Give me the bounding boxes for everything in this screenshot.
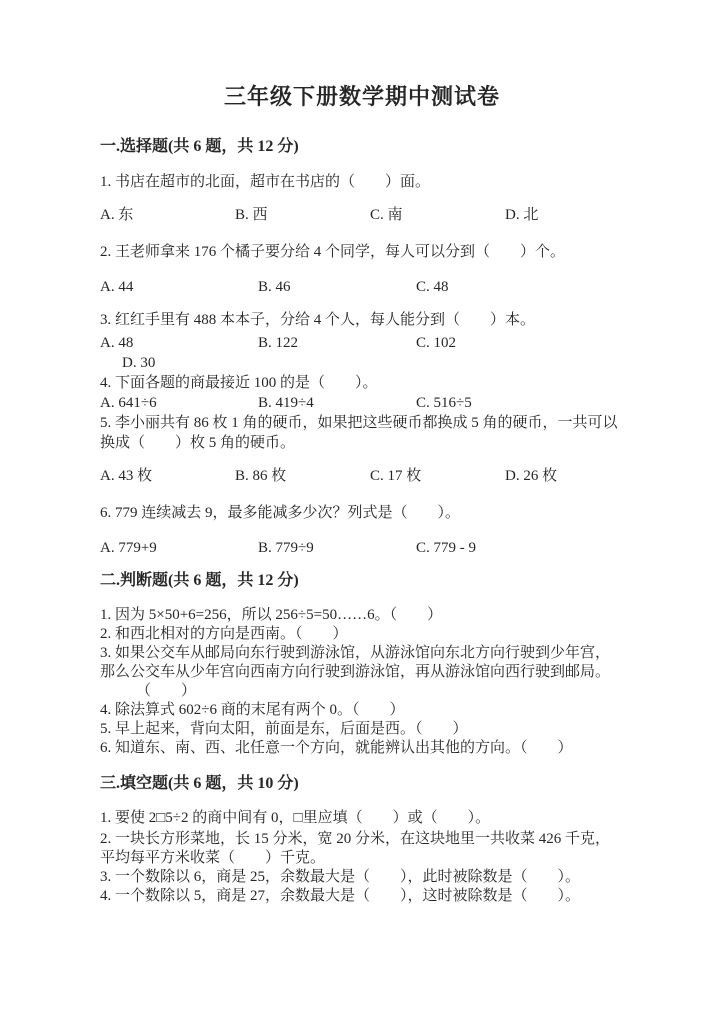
question-text: 5. 李小丽共有 86 枚 1 角的硬币，如果把这些硬币都换成 5 角的硬币，一… [100, 413, 624, 433]
judge-item: 那么公交车从少年宫向西南方向行驶到游泳馆，再从游泳馆向西行驶到邮局。 [100, 663, 624, 682]
option-item: A. 779+9 [100, 538, 258, 558]
fill-item: 平均每平方米收菜（ ）千克。 [100, 849, 624, 868]
question-text: 1. 书店在超市的北面，超市在书店的（ ）面。 [100, 172, 624, 192]
option-item: D. 26 枚 [505, 466, 557, 486]
option-item: A. 48 [100, 333, 258, 353]
option-item: A. 东 [100, 205, 235, 225]
judge-item: 4. 除法算式 602÷6 商的末尾有两个 0。（ ） [100, 701, 624, 720]
option-item: C. 17 枚 [370, 466, 505, 486]
option-item: B. 86 枚 [235, 466, 370, 486]
options-row: A. 东 B. 西 C. 南 D. 北 [100, 205, 624, 225]
fill-item: 3. 一个数除以 6，商是 25，余数最大是（ ），此时被除数是（ ）。 [100, 868, 624, 887]
option-item: D. 北 [505, 205, 538, 225]
fill-item: 1. 要使 2□5÷2 的商中间有 0，□里应填（ ）或（ ）。 [100, 809, 624, 828]
section-heading: 三.填空题(共 6 题，共 10 分) [100, 774, 624, 794]
option-item: D. 30 [100, 353, 624, 373]
option-item: C. 516÷5 [416, 393, 472, 413]
section-fill: 三.填空题(共 6 题，共 10 分) 1. 要使 2□5÷2 的商中间有 0，… [100, 774, 624, 906]
question-text: 换成（ ）枚 5 角的硬币。 [100, 433, 624, 453]
page-title: 三年级下册数学期中测试卷 [100, 84, 624, 110]
option-item: B. 779÷9 [258, 538, 416, 558]
question-text: 3. 红红手里有 488 本本子，分给 4 个人，每人能分到（ ）本。 [100, 310, 624, 330]
question-text: 2. 王老师拿来 176 个橘子要分给 4 个同学，每人可以分到（ ）个。 [100, 242, 624, 262]
section-heading: 一.选择题(共 6 题，共 12 分) [100, 137, 624, 157]
judge-item: 2. 和西北相对的方向是西南。（ ） [100, 625, 624, 644]
judge-item: 3. 如果公交车从邮局向东行驶到游泳馆，从游泳馆向东北方向行驶到少年宫， [100, 644, 624, 663]
judge-item: 1. 因为 5×50+6=256，所以 256÷5=50……6。（ ） [100, 606, 624, 625]
question-text: 4. 下面各题的商最接近 100 的是（ ）。 [100, 373, 624, 393]
option-item: A. 44 [100, 277, 258, 297]
option-item: B. 122 [258, 333, 416, 353]
fill-item: 2. 一块长方形菜地，长 15 分米，宽 20 分米，在这块地里一共收菜 426… [100, 830, 624, 849]
section-judge: 二.判断题(共 6 题，共 12 分) 1. 因为 5×50+6=256，所以 … [100, 571, 624, 758]
option-item: A. 641÷6 [100, 393, 258, 413]
option-item: C. 102 [416, 333, 456, 353]
options-row: A. 44 B. 46 C. 48 [100, 277, 624, 297]
options-row: A. 48 B. 122 C. 102 [100, 333, 624, 353]
option-item: C. 南 [370, 205, 505, 225]
section-choice: 一.选择题(共 6 题，共 12 分) 1. 书店在超市的北面，超市在书店的（ … [100, 137, 624, 558]
answer-blank-line: （ ） [100, 682, 624, 701]
section-heading: 二.判断题(共 6 题，共 12 分) [100, 571, 624, 591]
option-item: C. 779 - 9 [416, 538, 476, 558]
options-row: A. 779+9 B. 779÷9 C. 779 - 9 [100, 538, 624, 558]
question-text: 6. 779 连续减去 9，最多能减多少次？列式是（ ）。 [100, 503, 624, 523]
option-item: B. 419÷4 [258, 393, 416, 413]
judge-item: 5. 早上起来，背向太阳，前面是东，后面是西。（ ） [100, 720, 624, 739]
judge-item: 6. 知道东、南、西、北任意一个方向，就能辨认出其他的方向。（ ） [100, 739, 624, 758]
fill-item: 4. 一个数除以 5，商是 27，余数最大是（ ），这时被除数是（ ）。 [100, 887, 624, 906]
options-row: A. 641÷6 B. 419÷4 C. 516÷5 [100, 393, 624, 413]
option-item: B. 46 [258, 277, 416, 297]
option-item: B. 西 [235, 205, 370, 225]
test-paper-page: 三年级下册数学期中测试卷 一.选择题(共 6 题，共 12 分) 1. 书店在超… [0, 0, 720, 1018]
options-row: A. 43 枚 B. 86 枚 C. 17 枚 D. 26 枚 [100, 466, 624, 486]
option-item: C. 48 [416, 277, 449, 297]
option-item: A. 43 枚 [100, 466, 235, 486]
